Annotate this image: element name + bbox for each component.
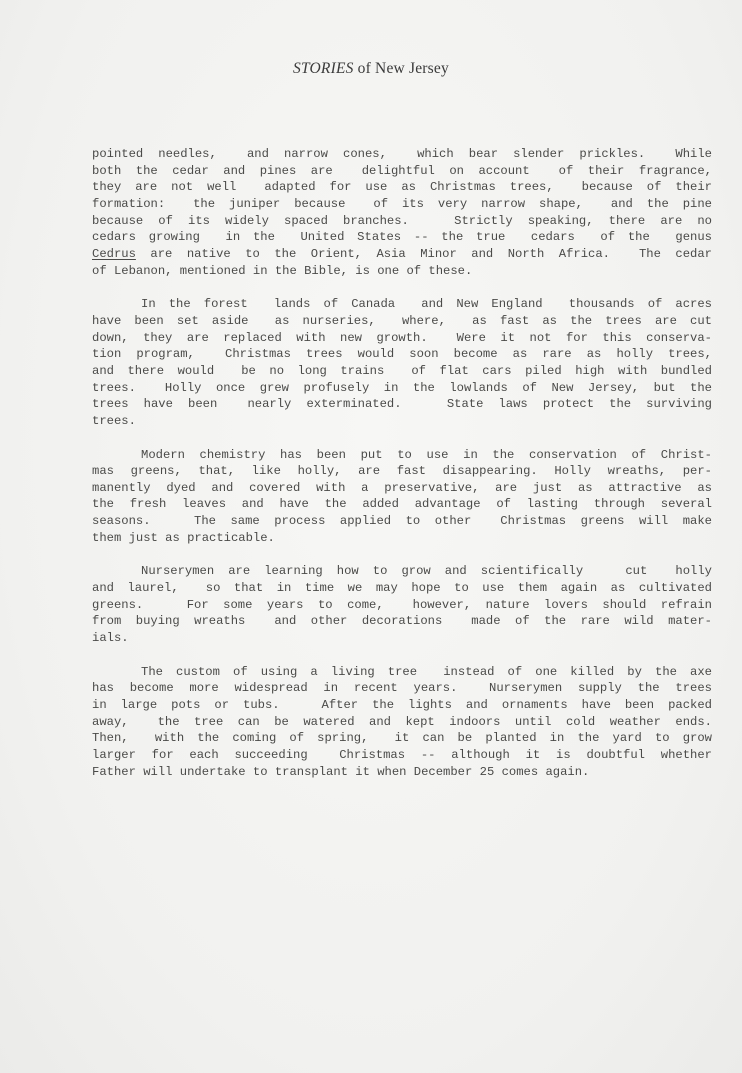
paragraph: Modern chemistry has been put to use in … xyxy=(92,447,712,547)
text-line: they are not well adapted for use as Chr… xyxy=(92,179,712,196)
paragraph: Nurserymen are learning how to grow and … xyxy=(92,563,712,646)
text-line: mas greens, that, like holly, are fast d… xyxy=(92,463,712,480)
text-line: pointed needles, and narrow cones, which… xyxy=(92,146,712,163)
text-line: has become more widespread in recent yea… xyxy=(92,680,712,697)
text-line: seasons. The same process applied to oth… xyxy=(92,513,712,530)
text-line: The custom of using a living tree instea… xyxy=(92,664,712,681)
text-line: ials. xyxy=(92,630,712,647)
text-line: cedars growing in the United States -- t… xyxy=(92,229,712,246)
text-line: in large pots or tubs. After the lights … xyxy=(92,697,712,714)
text-line: the fresh leaves and have the added adva… xyxy=(92,496,712,513)
paragraph: In the forest lands of Canada and New En… xyxy=(92,296,712,429)
document-page: STORIES of New Jersey pointed needles, a… xyxy=(0,0,742,1073)
text-line: trees. xyxy=(92,413,712,430)
paragraph: The custom of using a living tree instea… xyxy=(92,664,712,781)
text-line: and laurel, so that in time we may hope … xyxy=(92,580,712,597)
text-line: trees. Holly once grew profusely in the … xyxy=(92,380,712,397)
text-line: have been set aside as nurseries, where,… xyxy=(92,313,712,330)
text-line: both the cedar and pines are delightful … xyxy=(92,163,712,180)
text-line: larger for each succeeding Christmas -- … xyxy=(92,747,712,764)
text-line: from buying wreaths and other decoration… xyxy=(92,613,712,630)
header-title-rest: of New Jersey xyxy=(354,60,449,77)
running-header: STORIES of New Jersey xyxy=(0,60,742,78)
text-line: In the forest lands of Canada and New En… xyxy=(92,296,712,313)
text-line: formation: the juniper because of its ve… xyxy=(92,196,712,213)
text-line: of Lebanon, mentioned in the Bible, is o… xyxy=(92,263,712,280)
text-line: down, they are replaced with new growth.… xyxy=(92,330,712,347)
text-line: them just as practicable. xyxy=(92,530,712,547)
text-line: greens. For some years to come, however,… xyxy=(92,597,712,614)
underlined-term: Cedrus xyxy=(92,247,136,261)
text-line: manently dyed and covered with a preserv… xyxy=(92,480,712,497)
text-line: Cedrus are native to the Orient, Asia Mi… xyxy=(92,246,712,263)
text-line: trees have been nearly exterminated. Sta… xyxy=(92,396,712,413)
header-title-italic: STORIES xyxy=(293,60,354,77)
paragraph: pointed needles, and narrow cones, which… xyxy=(92,146,712,279)
body-text: pointed needles, and narrow cones, which… xyxy=(92,146,712,797)
text-line: Father will undertake to transplant it w… xyxy=(92,764,712,781)
text-line: Modern chemistry has been put to use in … xyxy=(92,447,712,464)
text-line: tion program, Christmas trees would soon… xyxy=(92,346,712,363)
text-line: away, the tree can be watered and kept i… xyxy=(92,714,712,731)
text-line: because of its widely spaced branches. S… xyxy=(92,213,712,230)
text-line: Nurserymen are learning how to grow and … xyxy=(92,563,712,580)
text-line: and there would be no long trains of fla… xyxy=(92,363,712,380)
text-line: Then, with the coming of spring, it can … xyxy=(92,730,712,747)
